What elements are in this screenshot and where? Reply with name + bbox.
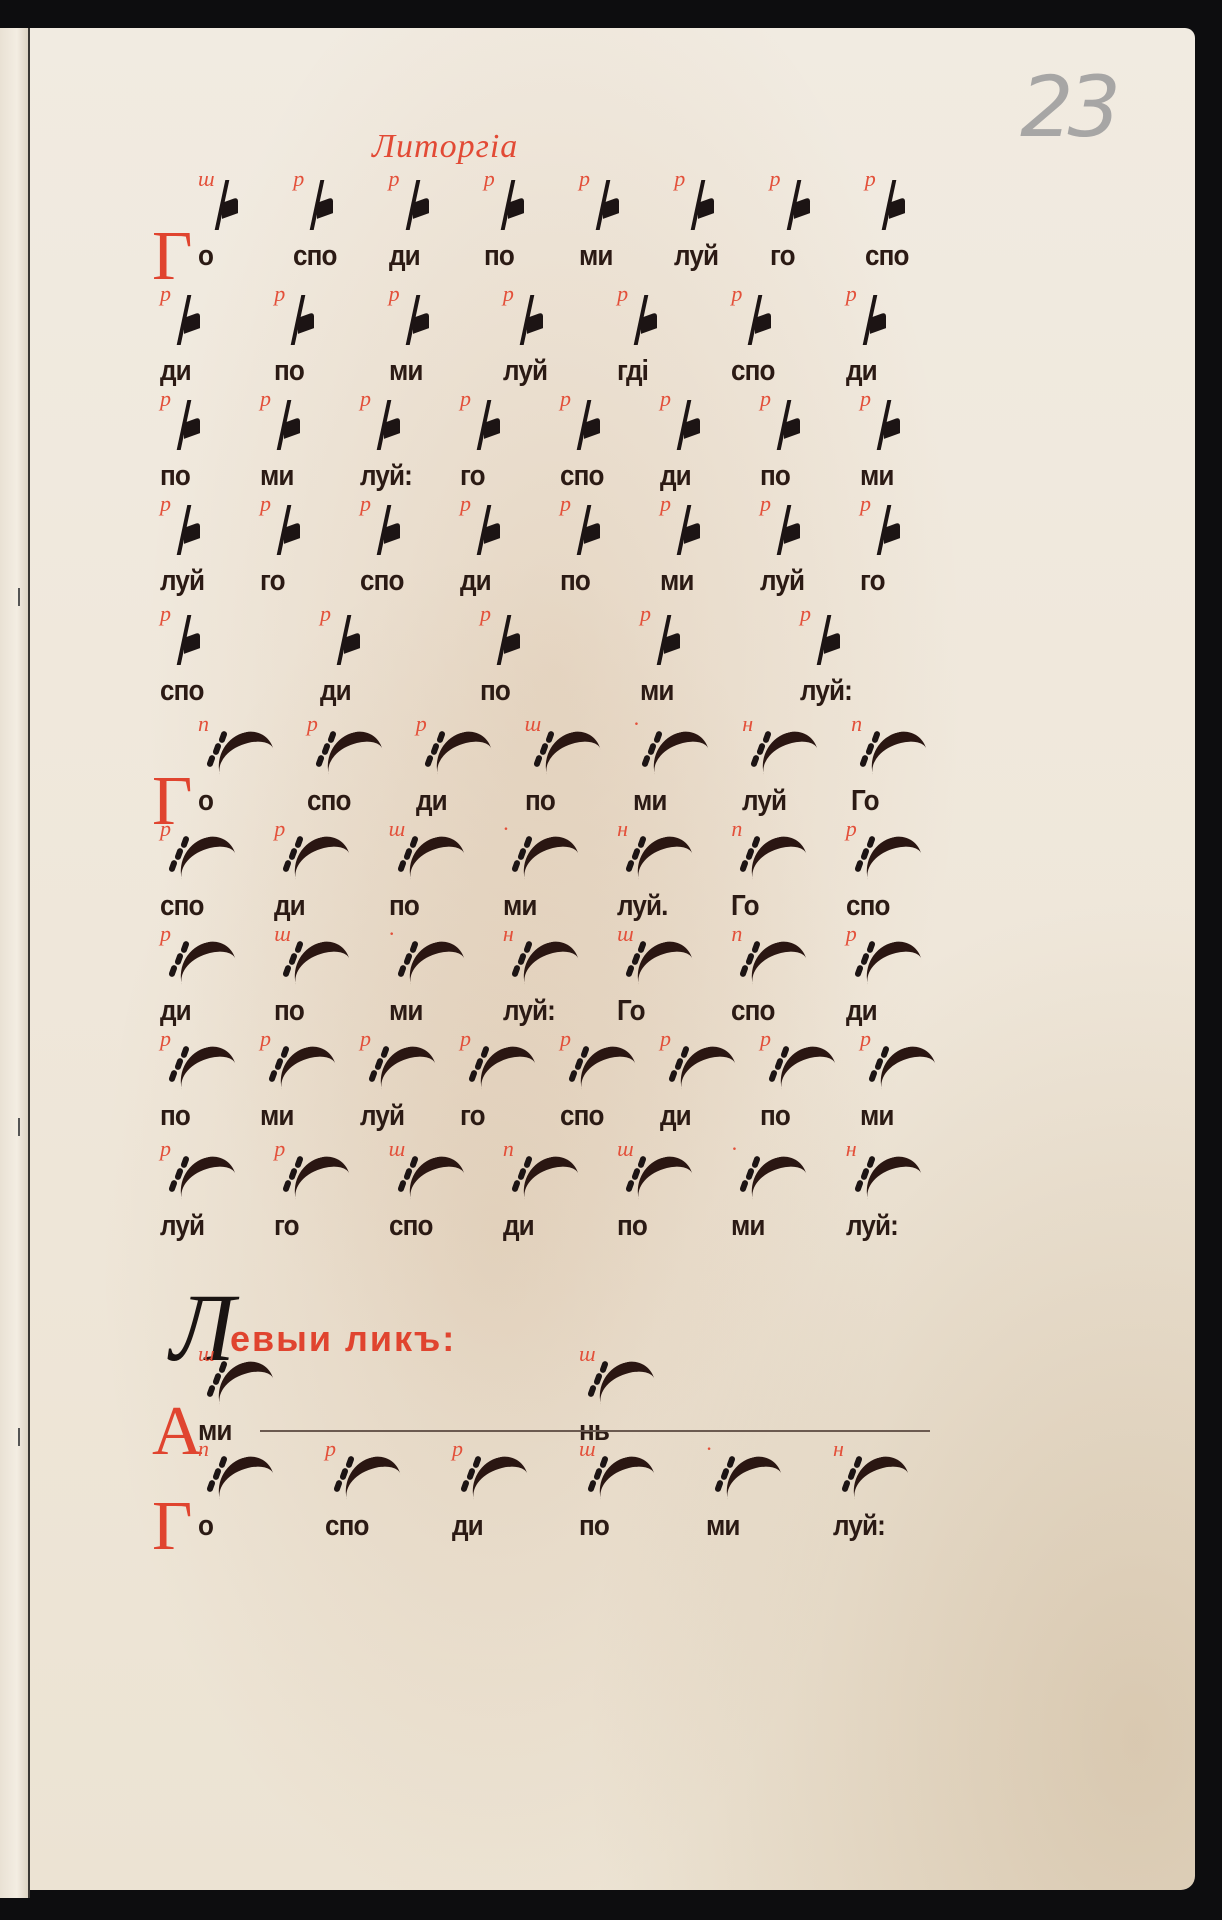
syllable: по	[579, 1510, 609, 1543]
cinnabar-mark: р	[416, 711, 427, 737]
neume-arc-icon	[282, 935, 352, 987]
neume-stroke-icon	[168, 615, 202, 667]
cinnabar-mark: р	[293, 166, 304, 192]
neume-stroke-icon	[468, 505, 502, 557]
neume-stroke-icon	[568, 505, 602, 557]
syllable: ми	[706, 1510, 740, 1543]
cinnabar-mark: р	[560, 1026, 571, 1052]
cinnabar-mark: р	[460, 1026, 471, 1052]
cinnabar-mark: р	[560, 386, 571, 412]
page-number: 23	[1020, 58, 1115, 156]
binding-stitch	[18, 588, 30, 606]
cinnabar-mark: р	[660, 1026, 671, 1052]
cinnabar-mark: р	[452, 1436, 463, 1462]
neume-arc-icon	[468, 1040, 538, 1092]
neume-arc-icon	[668, 1040, 738, 1092]
syllable: луй:	[800, 675, 852, 708]
neume-arc-icon	[625, 830, 695, 882]
syllable: по	[525, 785, 555, 818]
syllable: гдi	[617, 355, 648, 388]
neume-arc-icon	[424, 725, 494, 777]
neume-stroke-icon	[368, 505, 402, 557]
cinnabar-mark: р	[560, 491, 571, 517]
syllable: ми	[579, 240, 613, 273]
neume-stroke-icon	[778, 180, 812, 232]
cinnabar-mark: п	[198, 1436, 209, 1462]
cinnabar-mark: ш	[198, 166, 215, 192]
syllable: ми	[731, 1210, 765, 1243]
syllable: по	[484, 240, 514, 273]
neume-arc-icon	[625, 935, 695, 987]
neume-arc-icon	[768, 1040, 838, 1092]
cinnabar-mark: н	[503, 921, 514, 947]
neume-arc-icon	[168, 1150, 238, 1202]
cinnabar-mark: р	[579, 166, 590, 192]
cinnabar-mark: р	[865, 166, 876, 192]
neume-stroke-icon	[668, 505, 702, 557]
previous-leaf-edge	[0, 28, 30, 1898]
syllable: ми	[640, 675, 674, 708]
syllable: луй	[160, 1210, 204, 1243]
neume-arc-icon	[859, 725, 929, 777]
syllable: ми	[389, 355, 423, 388]
neume-stroke-icon	[854, 295, 888, 347]
syllable: ди	[460, 565, 491, 598]
cinnabar-mark: п	[731, 816, 742, 842]
neume-arc-icon	[854, 830, 924, 882]
cinnabar-mark: р	[484, 166, 495, 192]
syllable: спо	[731, 355, 775, 388]
neume-stroke-icon	[328, 615, 362, 667]
neume-stroke-icon	[301, 180, 335, 232]
cinnabar-mark: р	[160, 281, 171, 307]
syllable: ди	[846, 355, 877, 388]
cinnabar-mark: р	[160, 601, 171, 627]
syllable: луй	[503, 355, 547, 388]
cinnabar-mark: р	[274, 281, 285, 307]
syllable: по	[480, 675, 510, 708]
syllable: ми	[660, 565, 694, 598]
cinnabar-mark: р	[640, 601, 651, 627]
syllable: го	[770, 240, 795, 273]
neume-arc-icon	[268, 1040, 338, 1092]
syllable: ди	[416, 785, 447, 818]
syllable: ми	[860, 460, 894, 493]
cinnabar-mark: р	[160, 816, 171, 842]
neume-stroke-icon	[739, 295, 773, 347]
syllable: луй:	[360, 460, 412, 493]
neume-stroke-icon	[668, 400, 702, 452]
cinnabar-mark: ·	[389, 921, 395, 947]
chant-line: рршпш·нлуйгосподипомилуй:	[160, 1140, 980, 1260]
neume-stroke-icon	[282, 295, 316, 347]
neume-stroke-icon	[492, 180, 526, 232]
neume-arc-icon	[854, 935, 924, 987]
neume-arc-icon	[739, 830, 809, 882]
syllable: спо	[560, 1100, 604, 1133]
syllable: спо	[846, 890, 890, 923]
neume-arc-icon	[533, 725, 603, 777]
cinnabar-mark: п	[198, 711, 209, 737]
syllable: по	[160, 1100, 190, 1133]
syllable: по	[560, 565, 590, 598]
cinnabar-mark: ш	[274, 921, 291, 947]
syllable: луй:	[846, 1210, 898, 1243]
cinnabar-mark: ш	[389, 1136, 406, 1162]
syllable: по	[274, 355, 304, 388]
neume-stroke-icon	[625, 295, 659, 347]
neume-arc-icon	[315, 725, 385, 777]
cinnabar-mark: р	[389, 281, 400, 307]
syllable: о	[198, 240, 213, 273]
syllable: по	[617, 1210, 647, 1243]
cinnabar-mark: р	[325, 1436, 336, 1462]
neume-arc-icon	[511, 830, 581, 882]
neume-arc-icon	[282, 830, 352, 882]
syllable: ди	[452, 1510, 483, 1543]
neume-stroke-icon	[808, 615, 842, 667]
syllable: ми	[260, 460, 294, 493]
cinnabar-mark: ш	[198, 1341, 215, 1367]
cinnabar-mark: п	[851, 711, 862, 737]
cinnabar-mark: р	[160, 1026, 171, 1052]
page-title: Литоргіа	[372, 128, 518, 166]
syllable: луй:	[503, 995, 555, 1028]
cinnabar-mark: ·	[706, 1436, 712, 1462]
neume-stroke-icon	[682, 180, 716, 232]
neume-arc-icon	[397, 1150, 467, 1202]
neume-arc-icon	[587, 1450, 657, 1502]
cinnabar-mark: р	[660, 386, 671, 412]
cinnabar-mark: ш	[579, 1341, 596, 1367]
neume-arc-icon	[739, 935, 809, 987]
syllable: луй.	[617, 890, 667, 923]
cinnabar-mark: р	[360, 386, 371, 412]
syllable: спо	[360, 565, 404, 598]
neume-arc-icon	[511, 935, 581, 987]
neume-stroke-icon	[868, 505, 902, 557]
syllable: ди	[660, 460, 691, 493]
syllable: луй	[742, 785, 786, 818]
syllable: по	[760, 460, 790, 493]
cinnabar-mark: р	[160, 1136, 171, 1162]
binding-stitch	[18, 1118, 30, 1136]
chant-line: ррррррррпомилуйгосподипоми	[160, 1030, 980, 1150]
chant-line: рррррсподипомилуй:	[160, 605, 980, 725]
syllable: спо	[160, 890, 204, 923]
syllable: го	[460, 1100, 485, 1133]
neume-arc-icon	[282, 1150, 352, 1202]
neume-stroke-icon	[168, 400, 202, 452]
syllable: ми	[860, 1100, 894, 1133]
syllable: спо	[865, 240, 909, 273]
syllable: по	[160, 460, 190, 493]
cinnabar-mark: ш	[617, 1136, 634, 1162]
syllable: го	[274, 1210, 299, 1243]
syllable: го	[460, 460, 485, 493]
neume-arc-icon	[739, 1150, 809, 1202]
neume-arc-icon	[206, 725, 276, 777]
syllable: луй	[160, 565, 204, 598]
neume-stroke-icon	[397, 180, 431, 232]
neume-stroke-icon	[468, 400, 502, 452]
syllable: ди	[160, 995, 191, 1028]
cinnabar-mark: р	[260, 491, 271, 517]
neume-arc-icon	[206, 1450, 276, 1502]
syllable: Го	[731, 890, 759, 923]
syllable: го	[860, 565, 885, 598]
syllable: ди	[660, 1100, 691, 1133]
cinnabar-mark: р	[480, 601, 491, 627]
syllable: спо	[160, 675, 204, 708]
neume-arc-icon	[333, 1450, 403, 1502]
chant-line: Гпррш·носподипомилуй:	[160, 1440, 980, 1560]
syllable: спо	[560, 460, 604, 493]
neume-arc-icon	[868, 1040, 938, 1092]
cinnabar-mark: ·	[633, 711, 639, 737]
cinnabar-mark: р	[460, 386, 471, 412]
syllable: Го	[851, 785, 879, 818]
cinnabar-mark: р	[860, 491, 871, 517]
cinnabar-mark: р	[274, 816, 285, 842]
syllable: ди	[846, 995, 877, 1028]
syllable: луй	[674, 240, 718, 273]
syllable: по	[760, 1100, 790, 1133]
neume-stroke-icon	[587, 180, 621, 232]
neume-arc-icon	[854, 1150, 924, 1202]
neume-stroke-icon	[397, 295, 431, 347]
syllable: ми	[389, 995, 423, 1028]
cinnabar-mark: р	[760, 1026, 771, 1052]
syllable: о	[198, 1510, 213, 1543]
cinnabar-mark: ш	[525, 711, 542, 737]
neume-arc-icon	[168, 1040, 238, 1092]
neume-arc-icon	[168, 935, 238, 987]
neume-stroke-icon	[268, 505, 302, 557]
cinnabar-mark: р	[674, 166, 685, 192]
cinnabar-mark: н	[833, 1436, 844, 1462]
cinnabar-mark: р	[770, 166, 781, 192]
cinnabar-mark: р	[846, 281, 857, 307]
cinnabar-mark: п	[503, 1136, 514, 1162]
syllable: луй	[760, 565, 804, 598]
syllable: ми	[503, 890, 537, 923]
chant-line: ррррррррлуйгосподипомилуйго	[160, 495, 980, 615]
neume-arc-icon	[368, 1040, 438, 1092]
neume-arc-icon	[587, 1355, 657, 1407]
cinnabar-mark: н	[617, 816, 628, 842]
cinnabar-mark: п	[731, 921, 742, 947]
syllable: ди	[503, 1210, 534, 1243]
syllable: по	[389, 890, 419, 923]
cinnabar-mark: р	[307, 711, 318, 737]
syllable: Го	[617, 995, 645, 1028]
cinnabar-mark: р	[860, 1026, 871, 1052]
syllable: ми	[260, 1100, 294, 1133]
cinnabar-mark: ш	[617, 921, 634, 947]
cinnabar-mark: р	[320, 601, 331, 627]
cinnabar-mark: р	[846, 921, 857, 947]
neume-stroke-icon	[168, 505, 202, 557]
binding-stitch	[18, 1428, 30, 1446]
cinnabar-mark: р	[160, 386, 171, 412]
syllable: о	[198, 785, 213, 818]
cinnabar-mark: ш	[389, 816, 406, 842]
syllable: ди	[160, 355, 191, 388]
syllable: ди	[320, 675, 351, 708]
syllable: ди	[274, 890, 305, 923]
cinnabar-mark: р	[460, 491, 471, 517]
neume-stroke-icon	[488, 615, 522, 667]
neume-stroke-icon	[648, 615, 682, 667]
neume-arc-icon	[625, 1150, 695, 1202]
neume-stroke-icon	[511, 295, 545, 347]
neume-arc-icon	[460, 1450, 530, 1502]
syllable: спо	[731, 995, 775, 1028]
syllable: спо	[325, 1510, 369, 1543]
cinnabar-mark: р	[260, 386, 271, 412]
cinnabar-mark: р	[660, 491, 671, 517]
neume-stroke-icon	[768, 400, 802, 452]
cinnabar-mark: р	[160, 921, 171, 947]
syllable: луй:	[833, 1510, 885, 1543]
neume-stroke-icon	[568, 400, 602, 452]
cinnabar-mark: р	[846, 816, 857, 842]
neume-arc-icon	[841, 1450, 911, 1502]
cinnabar-mark: р	[760, 491, 771, 517]
neume-arc-icon	[641, 725, 711, 777]
neume-arc-icon	[397, 830, 467, 882]
syllable: ди	[389, 240, 420, 273]
cinnabar-mark: р	[800, 601, 811, 627]
neume-arc-icon	[168, 830, 238, 882]
cinnabar-mark: р	[389, 166, 400, 192]
neume-arc-icon	[511, 1150, 581, 1202]
cinnabar-mark: р	[274, 1136, 285, 1162]
cinnabar-mark: н	[846, 1136, 857, 1162]
syllable: луй	[360, 1100, 404, 1133]
syllable: ми	[633, 785, 667, 818]
neume-stroke-icon	[168, 295, 202, 347]
cinnabar-mark: р	[617, 281, 628, 307]
cinnabar-mark: р	[160, 491, 171, 517]
neume-stroke-icon	[268, 400, 302, 452]
cinnabar-mark: ш	[579, 1436, 596, 1462]
cinnabar-mark: р	[360, 1026, 371, 1052]
cinnabar-mark: ·	[731, 1136, 737, 1162]
syllable: спо	[307, 785, 351, 818]
chant-line: Гшррррррросподипомилуйгоспо	[160, 170, 980, 290]
cinnabar-mark: н	[742, 711, 753, 737]
underline-rule	[260, 1430, 930, 1432]
cinnabar-mark: р	[260, 1026, 271, 1052]
neume-arc-icon	[206, 1355, 276, 1407]
neume-stroke-icon	[768, 505, 802, 557]
neume-arc-icon	[714, 1450, 784, 1502]
cinnabar-mark: р	[760, 386, 771, 412]
neume-arc-icon	[397, 935, 467, 987]
neume-stroke-icon	[368, 400, 402, 452]
cinnabar-mark: ·	[503, 816, 509, 842]
syllable: спо	[293, 240, 337, 273]
cinnabar-mark: р	[360, 491, 371, 517]
neume-arc-icon	[568, 1040, 638, 1092]
cinnabar-mark: р	[860, 386, 871, 412]
neume-stroke-icon	[868, 400, 902, 452]
syllable: го	[260, 565, 285, 598]
syllable: спо	[389, 1210, 433, 1243]
syllable: по	[274, 995, 304, 1028]
cinnabar-mark: р	[731, 281, 742, 307]
neume-arc-icon	[750, 725, 820, 777]
neume-stroke-icon	[873, 180, 907, 232]
cinnabar-mark: р	[503, 281, 514, 307]
